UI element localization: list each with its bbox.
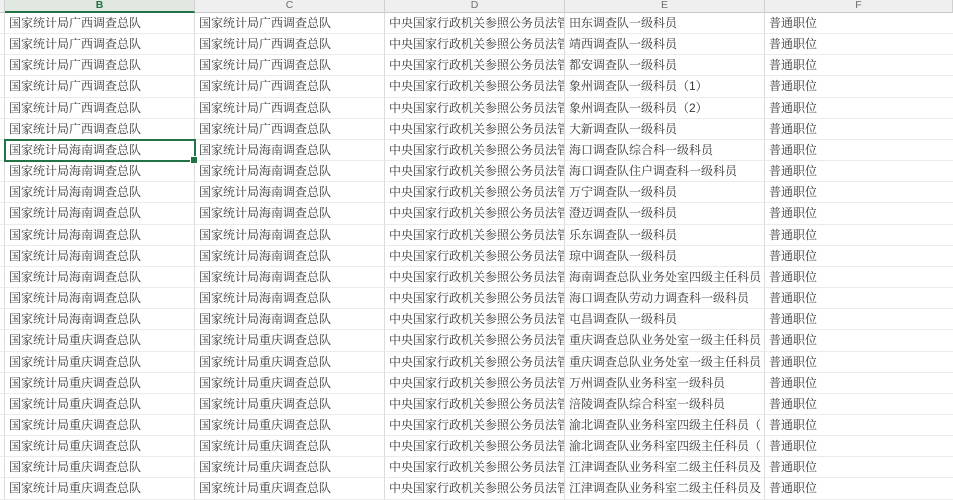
cell-E13[interactable]: 海南调查总队业务处室四级主任科员 (565, 267, 765, 288)
cell-E3[interactable]: 都安调查队一级科员 (565, 55, 765, 76)
cell-B10[interactable]: 国家统计局海南调查总队 (5, 203, 195, 224)
cell-E17[interactable]: 重庆调查总队业务处室一级主任科员 (565, 352, 765, 373)
table-row: 国家统计局海南调查总队国家统计局海南调查总队中央国家行政机关参照公务员法管理琼中… (0, 246, 953, 267)
cell-B4[interactable]: 国家统计局广西调查总队 (5, 76, 195, 97)
cell-F2[interactable]: 普通职位 (765, 34, 953, 55)
cell-F11[interactable]: 普通职位 (765, 225, 953, 246)
cell-D15[interactable]: 中央国家行政机关参照公务员法管理 (385, 309, 565, 330)
cell-F12[interactable]: 普通职位 (765, 246, 953, 267)
cell-F23[interactable]: 普通职位 (765, 478, 953, 499)
cell-F19[interactable]: 普通职位 (765, 394, 953, 415)
cell-C12[interactable]: 国家统计局海南调查总队 (195, 246, 385, 267)
cell-C16[interactable]: 国家统计局重庆调查总队 (195, 330, 385, 351)
cell-E23[interactable]: 江津调查队业务科室二级主任科员及 (565, 478, 765, 499)
cell-B15[interactable]: 国家统计局海南调查总队 (5, 309, 195, 330)
cell-E2[interactable]: 靖西调查队一级科员 (565, 34, 765, 55)
table-row: 国家统计局海南调查总队国家统计局海南调查总队中央国家行政机关参照公务员法管理海口… (0, 161, 953, 182)
table-row: 国家统计局重庆调查总队国家统计局重庆调查总队中央国家行政机关参照公务员法管理江津… (0, 457, 953, 478)
cell-C22[interactable]: 国家统计局重庆调查总队 (195, 457, 385, 478)
cell-E1[interactable]: 田东调查队一级科员 (565, 13, 765, 34)
cell-F21[interactable]: 普通职位 (765, 436, 953, 457)
cell-D1[interactable]: 中央国家行政机关参照公务员法管理 (385, 13, 565, 34)
cell-E12[interactable]: 琼中调查队一级科员 (565, 246, 765, 267)
table-row: 国家统计局重庆调查总队国家统计局重庆调查总队中央国家行政机关参照公务员法管理渝北… (0, 436, 953, 457)
cell-D23[interactable]: 中央国家行政机关参照公务员法管理 (385, 478, 565, 499)
table-row: 国家统计局重庆调查总队国家统计局重庆调查总队中央国家行政机关参照公务员法管理重庆… (0, 352, 953, 373)
table-row: 国家统计局广西调查总队国家统计局广西调查总队中央国家行政机关参照公务员法管理象州… (0, 76, 953, 97)
cell-E18[interactable]: 万州调查队业务科室一级科员 (565, 373, 765, 394)
cell-D2[interactable]: 中央国家行政机关参照公务员法管理 (385, 34, 565, 55)
cell-F22[interactable]: 普通职位 (765, 457, 953, 478)
column-header-B[interactable]: B (5, 0, 195, 13)
cell-F16[interactable]: 普通职位 (765, 330, 953, 351)
table-row: 国家统计局广西调查总队国家统计局广西调查总队中央国家行政机关参照公务员法管理田东… (0, 13, 953, 34)
cell-C4[interactable]: 国家统计局广西调查总队 (195, 76, 385, 97)
table-row: 国家统计局重庆调查总队国家统计局重庆调查总队中央国家行政机关参照公务员法管理万州… (0, 373, 953, 394)
cell-F13[interactable]: 普通职位 (765, 267, 953, 288)
cell-D18[interactable]: 中央国家行政机关参照公务员法管理 (385, 373, 565, 394)
cell-D21[interactable]: 中央国家行政机关参照公务员法管理 (385, 436, 565, 457)
cell-D4[interactable]: 中央国家行政机关参照公务员法管理 (385, 76, 565, 97)
sheet-body: 国家统计局广西调查总队国家统计局广西调查总队中央国家行政机关参照公务员法管理田东… (0, 13, 953, 500)
cell-B6[interactable]: 国家统计局广西调查总队 (5, 119, 195, 140)
cell-E9[interactable]: 万宁调查队一级科员 (565, 182, 765, 203)
cell-F6[interactable]: 普通职位 (765, 119, 953, 140)
cell-D7[interactable]: 中央国家行政机关参照公务员法管理 (385, 140, 565, 161)
cell-F9[interactable]: 普通职位 (765, 182, 953, 203)
cell-C9[interactable]: 国家统计局海南调查总队 (195, 182, 385, 203)
cell-B22[interactable]: 国家统计局重庆调查总队 (5, 457, 195, 478)
cell-E20[interactable]: 渝北调查队业务科室四级主任科员（ (565, 415, 765, 436)
cell-C2[interactable]: 国家统计局广西调查总队 (195, 34, 385, 55)
cell-E21[interactable]: 渝北调查队业务科室四级主任科员（ (565, 436, 765, 457)
cell-C19[interactable]: 国家统计局重庆调查总队 (195, 394, 385, 415)
cell-B5[interactable]: 国家统计局广西调查总队 (5, 98, 195, 119)
cell-C20[interactable]: 国家统计局重庆调查总队 (195, 415, 385, 436)
table-row: 国家统计局重庆调查总队国家统计局重庆调查总队中央国家行政机关参照公务员法管理重庆… (0, 330, 953, 351)
cell-C1[interactable]: 国家统计局广西调查总队 (195, 13, 385, 34)
cell-E7[interactable]: 海口调查队综合科一级科员 (565, 140, 765, 161)
cell-C18[interactable]: 国家统计局重庆调查总队 (195, 373, 385, 394)
cell-C17[interactable]: 国家统计局重庆调查总队 (195, 352, 385, 373)
cell-B1[interactable]: 国家统计局广西调查总队 (5, 13, 195, 34)
cell-F15[interactable]: 普通职位 (765, 309, 953, 330)
cell-D20[interactable]: 中央国家行政机关参照公务员法管理 (385, 415, 565, 436)
table-row: 国家统计局海南调查总队国家统计局海南调查总队中央国家行政机关参照公务员法管理万宁… (0, 182, 953, 203)
cell-E19[interactable]: 涪陵调查队综合科室一级科员 (565, 394, 765, 415)
cell-F18[interactable]: 普通职位 (765, 373, 953, 394)
cell-C13[interactable]: 国家统计局海南调查总队 (195, 267, 385, 288)
cell-B2[interactable]: 国家统计局广西调查总队 (5, 34, 195, 55)
cell-E5[interactable]: 象州调查队一级科员（2） (565, 98, 765, 119)
table-row: 国家统计局海南调查总队国家统计局海南调查总队中央国家行政机关参照公务员法管理屯昌… (0, 309, 953, 330)
spreadsheet-grid: BCDEF 国家统计局广西调查总队国家统计局广西调查总队中央国家行政机关参照公务… (0, 0, 953, 500)
cell-D13[interactable]: 中央国家行政机关参照公务员法管理 (385, 267, 565, 288)
cell-D22[interactable]: 中央国家行政机关参照公务员法管理 (385, 457, 565, 478)
cell-C15[interactable]: 国家统计局海南调查总队 (195, 309, 385, 330)
cell-E14[interactable]: 海口调查队劳动力调查科一级科员 (565, 288, 765, 309)
cell-C7[interactable]: 国家统计局海南调查总队 (195, 140, 385, 161)
cell-B8[interactable]: 国家统计局海南调查总队 (5, 161, 195, 182)
cell-B11[interactable]: 国家统计局海南调查总队 (5, 225, 195, 246)
cell-B20[interactable]: 国家统计局重庆调查总队 (5, 415, 195, 436)
cell-F4[interactable]: 普通职位 (765, 76, 953, 97)
table-row: 国家统计局海南调查总队国家统计局海南调查总队中央国家行政机关参照公务员法管理乐东… (0, 225, 953, 246)
table-row: 国家统计局广西调查总队国家统计局广西调查总队中央国家行政机关参照公务员法管理象州… (0, 98, 953, 119)
cell-D16[interactable]: 中央国家行政机关参照公务员法管理 (385, 330, 565, 351)
cell-C10[interactable]: 国家统计局海南调查总队 (195, 203, 385, 224)
cell-D19[interactable]: 中央国家行政机关参照公务员法管理 (385, 394, 565, 415)
cell-C6[interactable]: 国家统计局广西调查总队 (195, 119, 385, 140)
cell-D6[interactable]: 中央国家行政机关参照公务员法管理 (385, 119, 565, 140)
cell-F17[interactable]: 普通职位 (765, 352, 953, 373)
cell-E16[interactable]: 重庆调查总队业务处室一级主任科员 (565, 330, 765, 351)
cell-D12[interactable]: 中央国家行政机关参照公务员法管理 (385, 246, 565, 267)
cell-E6[interactable]: 大新调查队一级科员 (565, 119, 765, 140)
cell-F14[interactable]: 普通职位 (765, 288, 953, 309)
cell-E22[interactable]: 江津调查队业务科室二级主任科员及 (565, 457, 765, 478)
cell-B19[interactable]: 国家统计局重庆调查总队 (5, 394, 195, 415)
table-row: 国家统计局广西调查总队国家统计局广西调查总队中央国家行政机关参照公务员法管理靖西… (0, 34, 953, 55)
cell-F3[interactable]: 普通职位 (765, 55, 953, 76)
cell-D14[interactable]: 中央国家行政机关参照公务员法管理 (385, 288, 565, 309)
cell-C8[interactable]: 国家统计局海南调查总队 (195, 161, 385, 182)
cell-C14[interactable]: 国家统计局海南调查总队 (195, 288, 385, 309)
cell-D3[interactable]: 中央国家行政机关参照公务员法管理 (385, 55, 565, 76)
cell-C11[interactable]: 国家统计局海南调查总队 (195, 225, 385, 246)
cell-F10[interactable]: 普通职位 (765, 203, 953, 224)
cell-D10[interactable]: 中央国家行政机关参照公务员法管理 (385, 203, 565, 224)
cell-C5[interactable]: 国家统计局广西调查总队 (195, 98, 385, 119)
cell-B18[interactable]: 国家统计局重庆调查总队 (5, 373, 195, 394)
cell-D17[interactable]: 中央国家行政机关参照公务员法管理 (385, 352, 565, 373)
selected-cell-outline[interactable] (4, 139, 196, 162)
cell-F20[interactable]: 普通职位 (765, 415, 953, 436)
cell-B23[interactable]: 国家统计局重庆调查总队 (5, 478, 195, 499)
cell-C3[interactable]: 国家统计局广西调查总队 (195, 55, 385, 76)
cell-D9[interactable]: 中央国家行政机关参照公务员法管理 (385, 182, 565, 203)
table-row: 国家统计局重庆调查总队国家统计局重庆调查总队中央国家行政机关参照公务员法管理渝北… (0, 415, 953, 436)
cell-D8[interactable]: 中央国家行政机关参照公务员法管理 (385, 161, 565, 182)
cell-B21[interactable]: 国家统计局重庆调查总队 (5, 436, 195, 457)
table-row: 国家统计局广西调查总队国家统计局广西调查总队中央国家行政机关参照公务员法管理大新… (0, 119, 953, 140)
cell-B9[interactable]: 国家统计局海南调查总队 (5, 182, 195, 203)
cell-B17[interactable]: 国家统计局重庆调查总队 (5, 352, 195, 373)
cell-F5[interactable]: 普通职位 (765, 98, 953, 119)
cell-E10[interactable]: 澄迈调查队一级科员 (565, 203, 765, 224)
table-row: 国家统计局海南调查总队国家统计局海南调查总队中央国家行政机关参照公务员法管理海南… (0, 267, 953, 288)
column-header-row: BCDEF (0, 0, 953, 13)
cell-F8[interactable]: 普通职位 (765, 161, 953, 182)
cell-B14[interactable]: 国家统计局海南调查总队 (5, 288, 195, 309)
column-header-C[interactable]: C (195, 0, 385, 13)
cell-F1[interactable]: 普通职位 (765, 13, 953, 34)
cell-C21[interactable]: 国家统计局重庆调查总队 (195, 436, 385, 457)
cell-F7[interactable]: 普通职位 (765, 140, 953, 161)
cell-B16[interactable]: 国家统计局重庆调查总队 (5, 330, 195, 351)
cell-E4[interactable]: 象州调查队一级科员（1） (565, 76, 765, 97)
fill-handle[interactable] (190, 156, 198, 164)
cell-E11[interactable]: 乐东调查队一级科员 (565, 225, 765, 246)
column-header-E[interactable]: E (565, 0, 765, 13)
cell-E15[interactable]: 屯昌调查队一级科员 (565, 309, 765, 330)
table-row: 国家统计局海南调查总队国家统计局海南调查总队中央国家行政机关参照公务员法管理澄迈… (0, 203, 953, 224)
cell-B3[interactable]: 国家统计局广西调查总队 (5, 55, 195, 76)
cell-D11[interactable]: 中央国家行政机关参照公务员法管理 (385, 225, 565, 246)
column-header-F[interactable]: F (765, 0, 953, 13)
cell-B12[interactable]: 国家统计局海南调查总队 (5, 246, 195, 267)
cell-B13[interactable]: 国家统计局海南调查总队 (5, 267, 195, 288)
cell-D5[interactable]: 中央国家行政机关参照公务员法管理 (385, 98, 565, 119)
column-header-D[interactable]: D (385, 0, 565, 13)
cell-C23[interactable]: 国家统计局重庆调查总队 (195, 478, 385, 499)
table-row: 国家统计局重庆调查总队国家统计局重庆调查总队中央国家行政机关参照公务员法管理涪陵… (0, 394, 953, 415)
cell-E8[interactable]: 海口调查队住户调查科一级科员 (565, 161, 765, 182)
table-row: 国家统计局海南调查总队国家统计局海南调查总队中央国家行政机关参照公务员法管理海口… (0, 288, 953, 309)
table-row: 国家统计局广西调查总队国家统计局广西调查总队中央国家行政机关参照公务员法管理都安… (0, 55, 953, 76)
table-row: 国家统计局重庆调查总队国家统计局重庆调查总队中央国家行政机关参照公务员法管理江津… (0, 478, 953, 499)
